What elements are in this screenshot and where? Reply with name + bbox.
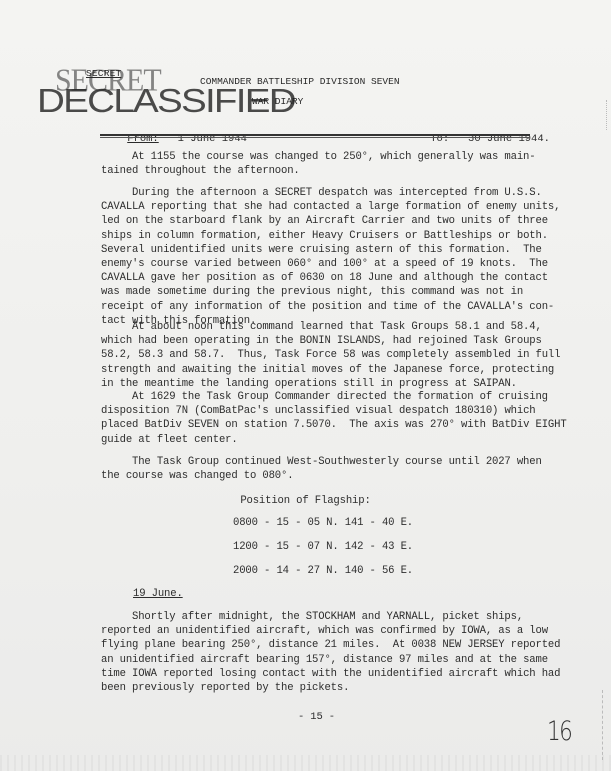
text-line: ships in column formation, either Heavy …	[101, 229, 551, 243]
text-line: guide at fleet center.	[101, 433, 551, 447]
document-page: SECRET SECRET COMMANDER BATTLESHIP DIVIS…	[0, 0, 611, 771]
text-line: was made sometime during the previous ni…	[101, 285, 551, 299]
text-line: placed BatDiv SEVEN on station 7.5070. T…	[101, 418, 551, 432]
text-line: strength and awaiting the initial moves …	[101, 363, 551, 377]
text-line: 58.2, 58.3 and 58.7. Thus, Task Force 58…	[101, 348, 551, 362]
text-line: time IOWA reported losing contact with t…	[101, 667, 551, 681]
text-line: disposition 7N (ComBatPac's unclassified…	[101, 404, 551, 418]
paragraph: At 1155 the course was changed to 250°, …	[101, 150, 551, 178]
flagship-position: 0800 - 15 - 05 N. 141 - 40 E.	[233, 516, 413, 530]
text-line: tained throughout the afternoon.	[101, 164, 551, 178]
text-line: At about noon this command learned that …	[101, 320, 551, 334]
text-line: the course was changed to 080°.	[101, 469, 551, 483]
declassified-stamp: DECLASSIFIED	[37, 84, 295, 118]
text-line: which had been operating in the BONIN IS…	[101, 334, 551, 348]
text-line: been previously reported by the pickets.	[101, 681, 551, 695]
text-line: reported an unidentified aircraft, which…	[101, 624, 551, 638]
paragraph: At about noon this command learned that …	[101, 320, 551, 391]
text-line: Several unidentified units were cruising…	[101, 243, 551, 257]
paragraph: During the afternoon a SECRET despatch w…	[101, 186, 551, 328]
text-line: an unidentified aircraft bearing 157°, d…	[101, 653, 551, 667]
text-line: flying plane bearing 250°, distance 21 m…	[101, 638, 551, 652]
text-line: enemy's course varied between 060° and 1…	[101, 257, 551, 271]
text-line: At 1629 the Task Group Commander directe…	[101, 390, 551, 404]
flagship-position: 1200 - 15 - 07 N. 142 - 43 E.	[233, 540, 413, 554]
text-line: The Task Group continued West-Southweste…	[101, 455, 551, 469]
secret-classification: SECRET	[86, 68, 121, 79]
scan-noise	[0, 755, 611, 771]
text-line: Shortly after midnight, the STOCKHAM and…	[101, 610, 551, 624]
flagship-position: 2000 - 14 - 27 N. 140 - 56 E.	[233, 564, 413, 578]
text-line: led on the starboard flank by an Aircraf…	[101, 214, 551, 228]
text-line: At 1155 the course was changed to 250°, …	[101, 150, 551, 164]
flagship-heading: Position of Flagship:	[0, 494, 611, 508]
paragraph-19-june: Shortly after midnight, the STOCKHAM and…	[101, 610, 551, 695]
text-line: CAVALLA gave her position as of 0630 on …	[101, 271, 551, 285]
scan-edge	[605, 100, 607, 130]
handwritten-page-number: 16	[547, 716, 571, 747]
page-number: - 15 -	[298, 710, 335, 724]
text-line: receipt of any information of the positi…	[101, 300, 551, 314]
text-line: in the meantime the landing operations s…	[101, 377, 551, 391]
header-rule	[100, 134, 530, 136]
paragraph: At 1629 the Task Group Commander directe…	[101, 390, 551, 447]
paragraph: The Task Group continued West-Southweste…	[101, 455, 551, 483]
header-rule-double	[100, 137, 530, 138]
text-line: During the afternoon a SECRET despatch w…	[101, 186, 551, 200]
text-line: CAVALLA reporting that she had contacted…	[101, 200, 551, 214]
scan-edge	[601, 690, 603, 760]
section-date-heading: 19 June.	[133, 587, 183, 601]
